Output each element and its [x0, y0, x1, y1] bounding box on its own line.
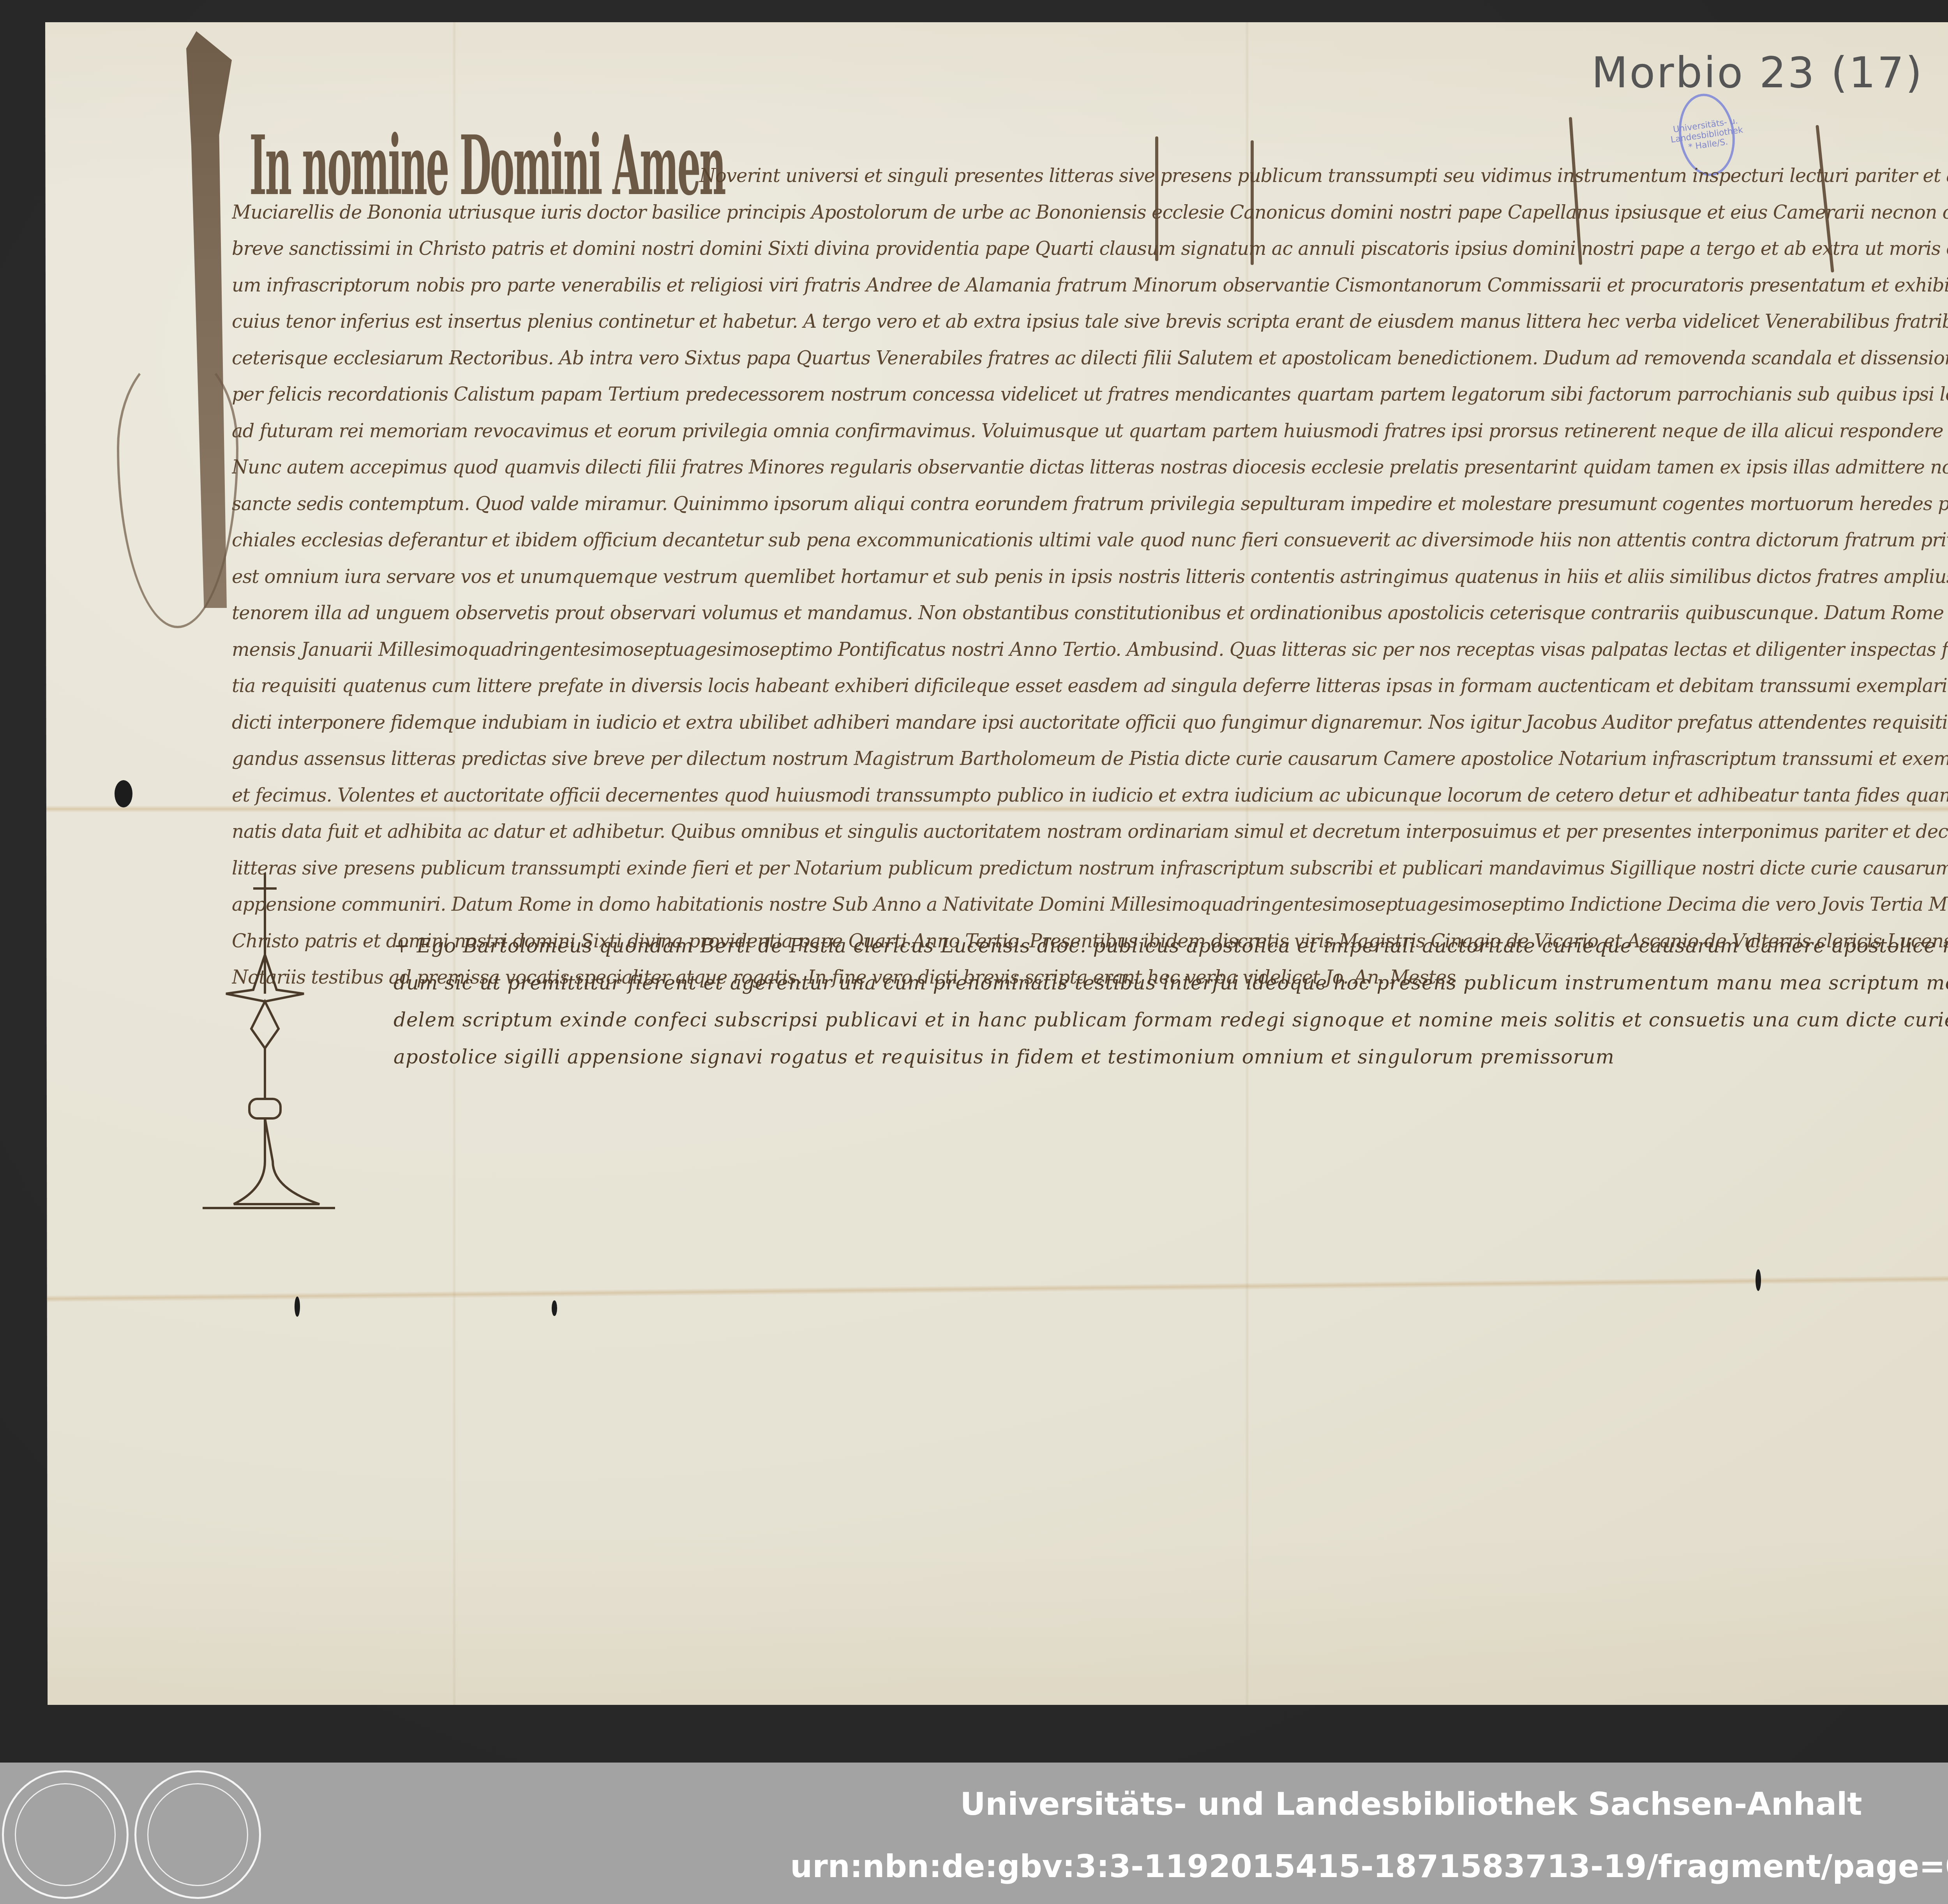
- text-line: mensis Januarii Millesimoquadringentesim…: [232, 632, 1948, 668]
- wormhole: [115, 780, 132, 807]
- horizontal-fold: [45, 1270, 1948, 1302]
- text-line: litteras sive presens publicum transsump…: [232, 850, 1948, 887]
- text-line: cuius tenor inferius est insertus pleniu…: [232, 304, 1948, 340]
- institution-name: Universitäts- und Landesbibliothek Sachs…: [0, 1786, 1948, 1822]
- wormhole: [552, 1300, 557, 1316]
- wormhole: [295, 1296, 300, 1317]
- text-line: um infrascriptorum nobis pro parte vener…: [232, 267, 1948, 304]
- text-line: per felicis recordationis Calistum papam…: [232, 376, 1948, 413]
- text-line: breve sanctissimi in Christo patris et d…: [232, 231, 1948, 267]
- text-line: delem scriptum exinde confeci subscripsi…: [393, 1001, 1948, 1039]
- text-line: Nunc autem accepimus quod quamvis dilect…: [232, 449, 1948, 486]
- stamp-text: Universitäts- u. Landesbibliothek * Hall…: [1669, 115, 1745, 154]
- text-line: Muciarellis de Bononia utriusque iuris d…: [232, 194, 1948, 231]
- text-line: appensione communiri. Datum Rome in domo…: [232, 887, 1948, 923]
- urn-identifier: urn:nbn:de:gbv:3:3-1192015415-1871583713…: [0, 1848, 1948, 1885]
- text-line: dicti interponere fidemque indubiam in i…: [232, 705, 1948, 741]
- text-line: et fecimus. Volentes et auctoritate offi…: [232, 777, 1948, 814]
- text-line: dum sic ut premittitur fierent et ageren…: [393, 964, 1948, 1001]
- wormhole: [1756, 1269, 1761, 1291]
- library-footer-banner: Universitäts- und Landesbibliothek Sachs…: [0, 1763, 1948, 1904]
- text-line: apostolice sigilli appensione signavi ro…: [393, 1039, 1948, 1076]
- text-line: tenorem illa ad unguem observetis prout …: [232, 595, 1948, 632]
- shelfmark-annotation: Morbio 23 (17): [1592, 49, 1923, 97]
- text-line: ad futuram rei memoriam revocavimus et e…: [232, 413, 1948, 450]
- text-line: tia requisiti quatenus cum littere prefa…: [232, 668, 1948, 705]
- text-line: Noverint universi et singuli presentes l…: [232, 158, 1948, 194]
- text-line: + Ego Bartolomeus quondam Berti de Pisti…: [393, 927, 1948, 964]
- text-line: ceterisque ecclesiarum Rectoribus. Ab in…: [232, 340, 1948, 377]
- text-line: chiales ecclesias deferantur et ibidem o…: [232, 522, 1948, 559]
- text-line: est omnium iura servare vos et unumquemq…: [232, 559, 1948, 595]
- notarial-subscription: + Ego Bartolomeus quondam Berti de Pisti…: [393, 927, 1948, 1076]
- text-line: natis data fuit et adhibita ac datur et …: [232, 814, 1948, 850]
- charter-body-text: Noverint universi et singuli presentes l…: [232, 158, 1948, 996]
- text-line: gandus assensus litteras predictas sive …: [232, 741, 1948, 777]
- text-line: sancte sedis contemptum. Quod valde mira…: [232, 486, 1948, 523]
- notarial-signum-icon: [187, 865, 343, 1216]
- scan-viewport: In nomine Domini Amen Morbio 23 (17) Uni…: [0, 0, 1948, 1763]
